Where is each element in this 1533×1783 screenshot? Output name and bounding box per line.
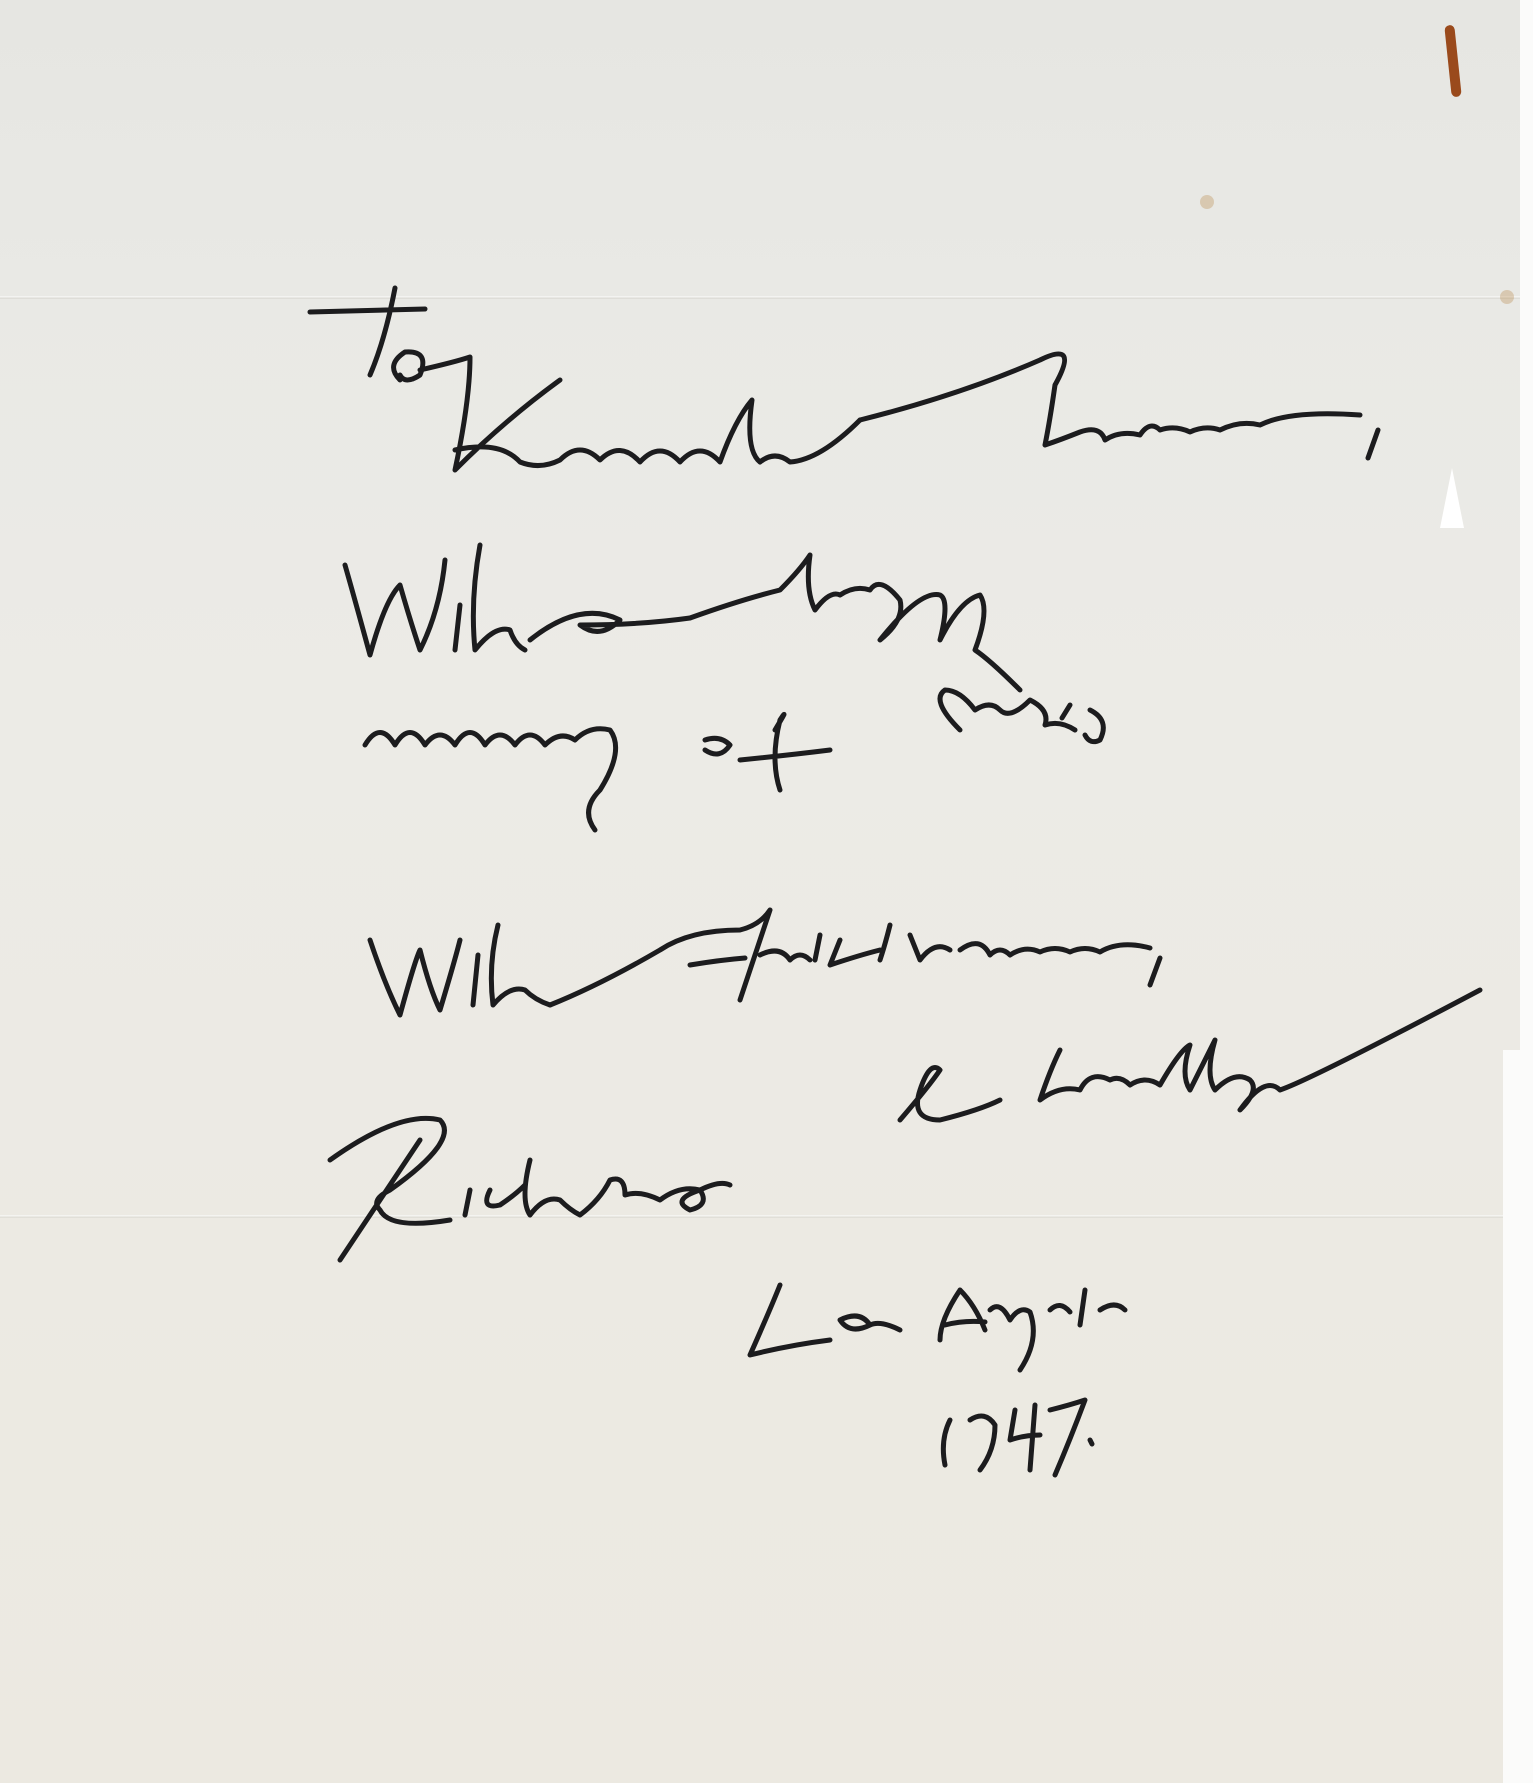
- handwritten-inscription: [0, 0, 1533, 1783]
